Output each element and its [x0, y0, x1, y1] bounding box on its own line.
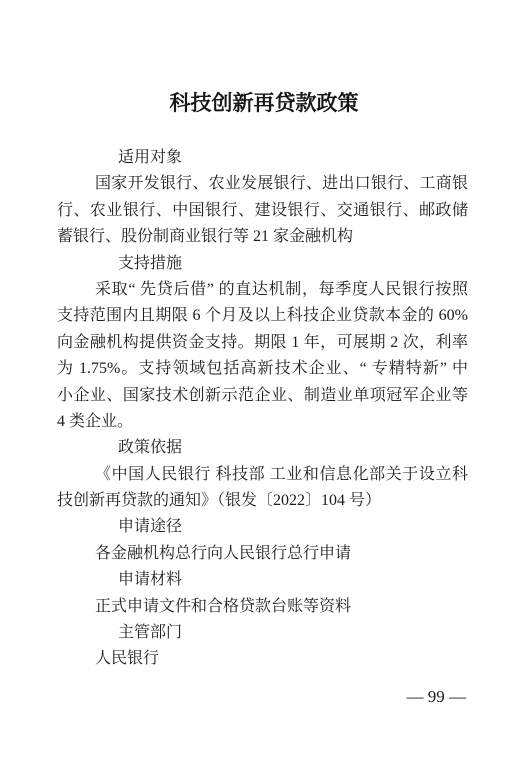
document-title: 科技创新再贷款政策: [0, 91, 528, 116]
body-line: 行、农业银行、中国银行、建设银行、交通银行、邮政储: [57, 198, 468, 224]
section-heading-competent-department: 主管部门: [57, 620, 468, 646]
body-line: 国家开发银行、农业发展银行、进出口银行、工商银: [57, 171, 468, 197]
document-body: 适用对象 国家开发银行、农业发展银行、进出口银行、工商银 行、农业银行、中国银行…: [57, 145, 468, 673]
document-page: 科技创新再贷款政策 适用对象 国家开发银行、农业发展银行、进出口银行、工商银 行…: [0, 0, 528, 767]
body-line: 向金融机构提供资金支持。期限 1 年，可展期 2 次，利率: [57, 330, 468, 356]
body-line: 采取“ 先贷后借” 的直达机制，每季度人民银行按照: [57, 277, 468, 303]
body-line: 正式申请文件和合格贷款台账等资料: [57, 594, 468, 620]
body-line: 人民银行: [57, 646, 468, 672]
page-number: — 99 —: [407, 687, 467, 707]
section-heading-application-materials: 申请材料: [57, 567, 468, 593]
body-line: 支持范围内且期限 6 个月及以上科技企业贷款本金的 60%: [57, 303, 468, 329]
body-line: 技创新再贷款的通知》（银发〔2022〕104 号）: [57, 488, 468, 514]
section-heading-application-channel: 申请途径: [57, 514, 468, 540]
body-line: 小企业、国家技术创新示范企业、制造业单项冠军企业等: [57, 383, 468, 409]
body-line: 《中国人民银行 科技部 工业和信息化部关于设立科: [57, 462, 468, 488]
section-heading-support-measures: 支持措施: [57, 251, 468, 277]
body-line: 各金融机构总行向人民银行总行申请: [57, 541, 468, 567]
section-heading-policy-basis: 政策依据: [57, 435, 468, 461]
section-heading-applicable-objects: 适用对象: [57, 145, 468, 171]
body-line: 为 1.75%。支持领域包括高新技术企业、“ 专精特新” 中: [57, 356, 468, 382]
body-line: 蓄银行、股份制商业银行等 21 家金融机构: [57, 224, 468, 250]
body-line: 4 类企业。: [57, 409, 468, 435]
